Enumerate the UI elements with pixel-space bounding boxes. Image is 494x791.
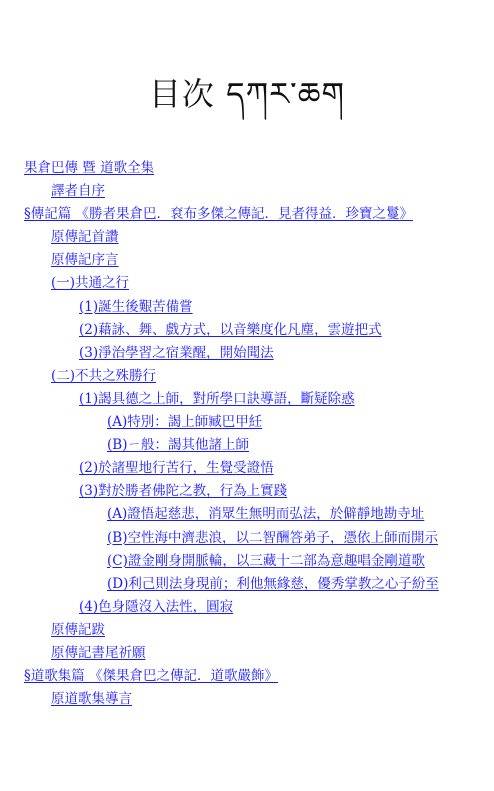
toc-entry: §傳記篇 《勝者果倉巴．袞布多傑之傳記．見者得益．珍寶之鬘》 <box>0 202 494 225</box>
toc-link-songs-section[interactable]: §道歌集篇 《傑果倉巴之傳記．道歌嚴飾》 <box>24 668 278 684</box>
toc-entry: 原傳記首讚 <box>0 225 494 248</box>
toc-link-item[interactable]: (1)誕生後艱苦備嘗 <box>79 299 193 315</box>
toc-link-subitem[interactable]: (B)ㄧ般：謁其他諸上師 <box>107 437 249 453</box>
toc-link-item[interactable]: (2)藉詠、舞、戲方式，以音樂度化凡塵，雲遊把式 <box>79 322 382 338</box>
toc-link-opening-praise[interactable]: 原傳記首讚 <box>51 229 119 245</box>
toc-link-subitem[interactable]: (A)特別：謁上師臧巴甲紝 <box>107 414 262 430</box>
toc-entry: 原傳記序言 <box>0 248 494 271</box>
toc-entry: (D)利己則法身現前；利他無緣慈，優秀掌教之心子紛至 <box>0 572 494 595</box>
toc-entry: (1)誕生後艱苦備嘗 <box>0 295 494 318</box>
toc-entry: 原傳記跋 <box>0 618 494 641</box>
toc-link-subitem[interactable]: (C)證金剛身開脈輪，以三藏十二部為意趣唱金剛道歌 <box>107 553 425 569</box>
toc-entry: 原道歌集導言 <box>0 687 494 710</box>
toc-entry: (1)謁具德之上師，對所學口訣導語，斷疑除惑 <box>0 387 494 410</box>
toc-entry: (二)不共之殊勝行 <box>0 364 494 387</box>
toc-link-uncommon-conduct[interactable]: (二)不共之殊勝行 <box>51 368 156 384</box>
toc-link-biography-section[interactable]: §傳記篇 《勝者果倉巴．袞布多傑之傳記．見者得益．珍寶之鬘》 <box>24 206 413 222</box>
toc-entry: §道歌集篇 《傑果倉巴之傳記．道歌嚴飾》 <box>0 664 494 687</box>
toc-entry: 譯者自序 <box>0 179 494 202</box>
toc-link-closing-prayer[interactable]: 原傳記書尾祈願 <box>51 645 146 661</box>
toc-link-biography-preface[interactable]: 原傳記序言 <box>51 252 119 268</box>
toc-entry: 果倉巴傳 暨 道歌全集 <box>0 156 494 179</box>
toc-entry: (3)對於勝者佛陀之教，行為上實踐 <box>0 479 494 502</box>
toc-link-songs-introduction[interactable]: 原道歌集導言 <box>51 691 132 707</box>
toc-entry: (2)於諸聖地行苦行，生覺受證悟 <box>0 456 494 479</box>
toc-link-item[interactable]: (3)淨治學習之宿業醒，開始聞法 <box>79 345 274 361</box>
toc-entry: (3)淨治學習之宿業醒，開始聞法 <box>0 341 494 364</box>
toc-link-item[interactable]: (1)謁具德之上師，對所學口訣導語，斷疑除惑 <box>79 391 355 407</box>
toc-link-common-conduct[interactable]: (一)共通之行 <box>51 275 129 291</box>
table-of-contents: 果倉巴傳 暨 道歌全集 譯者自序 §傳記篇 《勝者果倉巴．袞布多傑之傳記．見者得… <box>0 156 494 710</box>
toc-link-colophon[interactable]: 原傳記跋 <box>51 622 105 638</box>
toc-entry: (A)特別：謁上師臧巴甲紝 <box>0 410 494 433</box>
toc-entry: (4)色身隱沒入法性，圓寂 <box>0 595 494 618</box>
toc-link-item[interactable]: (3)對於勝者佛陀之教，行為上實踐 <box>79 483 287 499</box>
toc-entry: (一)共通之行 <box>0 271 494 294</box>
toc-link-subitem[interactable]: (D)利己則法身現前；利他無緣慈，優秀掌教之心子紛至 <box>107 576 439 592</box>
toc-entry: (A)證悟起慈悲，消眾生無明而弘法，於僻靜地勘寺址 <box>0 502 494 525</box>
toc-link-translator-preface[interactable]: 譯者自序 <box>51 183 105 199</box>
toc-link-item[interactable]: (4)色身隱沒入法性，圓寂 <box>79 599 233 615</box>
toc-entry: (2)藉詠、舞、戲方式，以音樂度化凡塵，雲遊把式 <box>0 318 494 341</box>
toc-link-subitem[interactable]: (B)空性海中濟悲浪，以二智酬答弟子，憑依上師而開示 <box>107 530 438 546</box>
page-title: 目次 དཀར་ཆག <box>0 74 494 114</box>
toc-entry: (B)ㄧ般：謁其他諸上師 <box>0 433 494 456</box>
toc-link-item[interactable]: (2)於諸聖地行苦行，生覺受證悟 <box>79 460 274 476</box>
toc-entry: (C)證金剛身開脈輪，以三藏十二部為意趣唱金剛道歌 <box>0 549 494 572</box>
toc-entry: 原傳記書尾祈願 <box>0 641 494 664</box>
toc-link-subitem[interactable]: (A)證悟起慈悲，消眾生無明而弘法，於僻靜地勘寺址 <box>107 506 424 522</box>
toc-link-collection-title[interactable]: 果倉巴傳 暨 道歌全集 <box>24 160 154 176</box>
toc-entry: (B)空性海中濟悲浪，以二智酬答弟子，憑依上師而開示 <box>0 526 494 549</box>
